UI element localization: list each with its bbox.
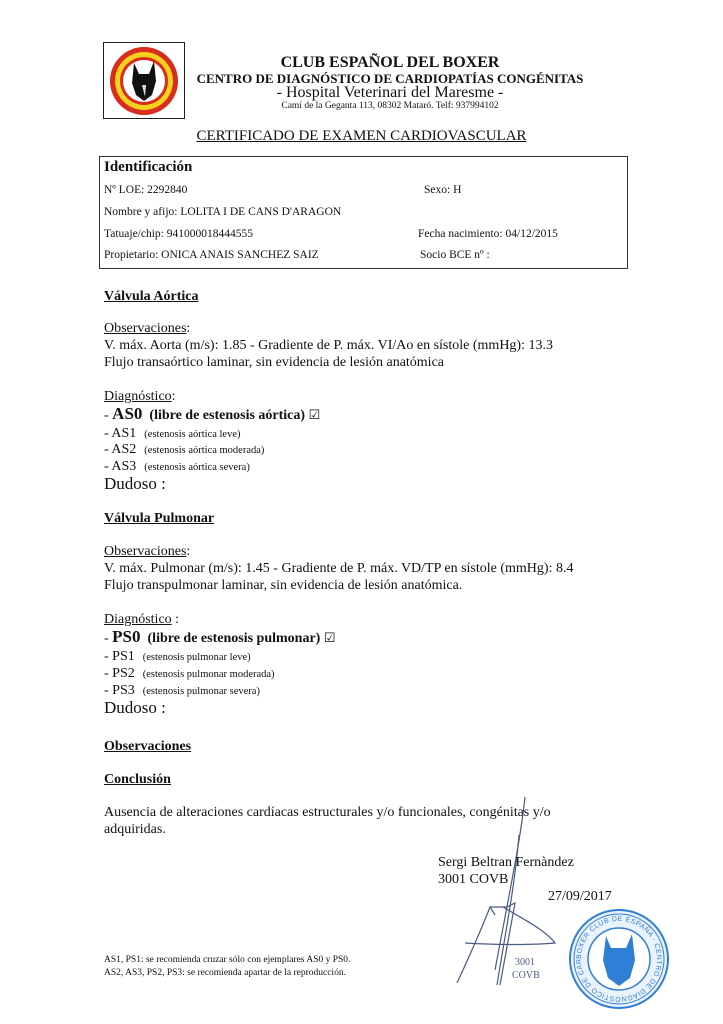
aortic-doubtful: Dudoso :	[104, 474, 166, 494]
pulmonary-diagnosis-option: - PS2 (estenosis pulmonar moderada)	[104, 664, 275, 682]
aortic-measurements: V. máx. Aorta (m/s): 1.85 - Gradiente de…	[104, 338, 553, 354]
hospital-address: Camí de la Geganta 113, 08302 Mataró. Te…	[190, 101, 590, 111]
aortic-valve-title: Válvula Aórtica	[104, 289, 199, 305]
name-field: Nombre y afijo: LOLITA I DE CANS D'ARAGO…	[104, 206, 341, 218]
pulmonary-flow-note: Flujo transpulmonar laminar, sin evidenc…	[104, 578, 462, 594]
boxer-club-logo	[103, 42, 185, 119]
aortic-flow-note: Flujo transaórtico laminar, sin evidenci…	[104, 355, 444, 371]
birth-date-field: Fecha nacimiento: 04/12/2015	[418, 228, 558, 240]
pulmonary-diagnosis-option: - PS1 (estenosis pulmonar leve)	[104, 647, 251, 665]
svg-text:COVB: COVB	[512, 970, 540, 981]
aortic-observations-label: Observaciones:	[104, 321, 190, 337]
chip-value: 941000018444555	[167, 228, 253, 240]
footnote: AS2, AS3, PS2, PS3: se recomienda aparta…	[104, 968, 346, 978]
loe-value: 2292840	[147, 184, 187, 196]
pulmonary-diagnosis-label: Diagnóstico :	[104, 612, 179, 628]
observations-title: Observaciones	[104, 739, 191, 755]
aortic-diagnosis-selected: - AS0 (libre de estenosis aórtica) ☑	[104, 404, 320, 424]
loe-field: Nº LOE: 2292840	[104, 184, 187, 196]
certificate-title: CERTIFICADO DE EXAMEN CARDIOVASCULAR	[0, 128, 723, 145]
pulmonary-doubtful: Dudoso :	[104, 698, 166, 718]
checkbox-checked-icon: ☑	[324, 630, 336, 645]
sex-value: H	[453, 184, 461, 196]
veterinarian-license: 3001 COVB	[438, 872, 508, 888]
pulmonary-measurements: V. máx. Pulmonar (m/s): 1.45 - Gradiente…	[104, 561, 573, 577]
aortic-diagnosis-option: - AS3 (estenosis aórtica severa)	[104, 457, 250, 475]
aortic-diagnosis-label: Diagnóstico:	[104, 389, 176, 405]
signature-date: 27/09/2017	[548, 889, 612, 905]
owner-value: ONICA ANAIS SANCHEZ SAIZ	[161, 249, 319, 261]
pulmonary-diagnosis-option: - PS3 (estenosis pulmonar severa)	[104, 681, 260, 699]
birth-date-value: 04/12/2015	[506, 228, 558, 240]
boxer-dog-emblem-icon	[108, 45, 180, 117]
club-name: CLUB ESPAÑOL DEL BOXER	[190, 54, 590, 72]
aortic-diagnosis-option: - AS2 (estenosis aórtica moderada)	[104, 440, 264, 458]
sex-field: Sexo: H	[424, 184, 461, 196]
pulmonary-diagnosis-selected: - PS0 (libre de estenosis pulmonar) ☑	[104, 627, 335, 647]
owner-field: Propietario: ONICA ANAIS SANCHEZ SAIZ	[104, 249, 319, 261]
name-value: LOLITA I DE CANS D'ARAGON	[180, 206, 341, 218]
chip-field: Tatuaje/chip: 941000018444555	[104, 228, 253, 240]
pulmonary-observations-label: Observaciones:	[104, 544, 190, 560]
conclusion-text-line2: adquiridas.	[104, 822, 166, 838]
conclusion-title: Conclusión	[104, 772, 171, 788]
official-stamp-icon: BOXER CLUB DE ESPAÑA · CENTRO DE DIAGNÓS…	[568, 908, 670, 1010]
svg-text:3001: 3001	[515, 957, 535, 968]
pulmonary-valve-title: Válvula Pulmonar	[104, 511, 214, 527]
footnote: AS1, PS1: se recomienda cruzar sólo con …	[104, 955, 350, 965]
member-field: Socio BCE nº :	[420, 249, 490, 261]
hospital-name: - Hospital Veterinari del Maresme -	[190, 84, 590, 102]
checkbox-checked-icon: ☑	[309, 407, 321, 422]
identification-title: Identificación	[104, 159, 192, 176]
veterinarian-name: Sergi Beltran Fernàndez	[438, 855, 574, 871]
